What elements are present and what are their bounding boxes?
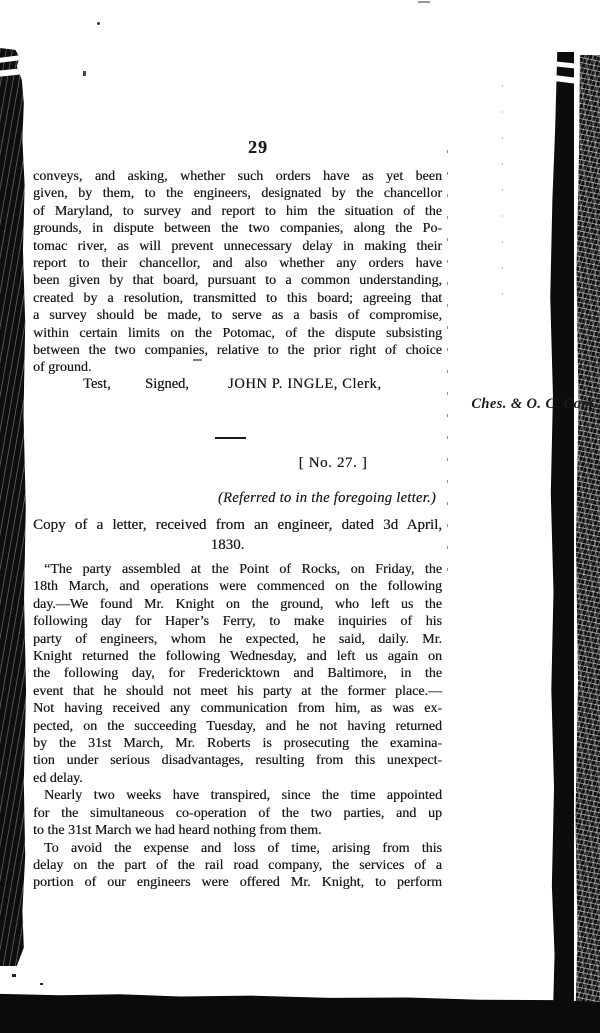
letter-heading: Copy of a letter, received from an engin…	[33, 516, 442, 555]
text-line: been given by that board, pursuant to a …	[33, 272, 442, 289]
section-divider-rule	[215, 437, 246, 439]
text-line: event that he should not meet his party …	[33, 683, 442, 700]
text-line: grounds, in dispute between the two comp…	[33, 220, 442, 237]
fold-dotted-line	[447, 150, 448, 580]
text-line: conveys, and asking, whether such orders…	[33, 168, 442, 185]
page-stack-gap	[0, 67, 33, 77]
text-line: following day for Haper’s Ferry, to make…	[33, 613, 442, 630]
text-line: Copy of a letter, received from an engin…	[33, 516, 442, 536]
text-line: within certain limits on the Potomac, of…	[33, 325, 442, 342]
text-line: between the two companies, relative to t…	[33, 342, 442, 359]
section-reference: (Referred to in the foregoing letter.)	[27, 490, 600, 507]
text-line: 1830.	[23, 536, 432, 556]
clerk-name: JOHN P. INGLE, Clerk,	[228, 376, 382, 393]
text-line: day.—We found Mr. Knight on the ground, …	[33, 596, 442, 613]
text-line: tomac river, as will prevent unnecessary…	[33, 238, 442, 255]
page-stack-gap	[543, 60, 579, 69]
bottom-scan-band	[0, 988, 600, 1033]
text-line: delay on the part of the rail road compa…	[33, 857, 442, 874]
text-line: tion under serious disadvantages, result…	[33, 752, 442, 769]
attestation-word: Test,	[83, 376, 111, 393]
page-stack-gap	[0, 54, 31, 63]
scan-speck	[40, 983, 43, 985]
text-line: of ground.	[33, 359, 442, 376]
text-line: a survey should be made, to serve as a b…	[33, 307, 442, 324]
text-line: of Maryland, to survey and report to him…	[33, 203, 442, 220]
binding-edge-right-textured	[575, 55, 600, 1033]
page-stack-gap	[543, 74, 581, 85]
text-line: to the 31st March we had heard nothing f…	[33, 822, 442, 839]
scan-speck	[83, 71, 86, 76]
section-number: [ No. 27. ]	[33, 455, 600, 472]
text-line: party of engineers, whom he expected, he…	[33, 631, 442, 648]
text-line: by the 31st March, Mr. Roberts is prosec…	[33, 735, 442, 752]
signed-word: Signed,	[145, 376, 189, 393]
company-attribution: Ches. & O. C. Com.	[33, 396, 600, 413]
text-line: pected, on the succeeding Tuesday, and h…	[33, 718, 442, 735]
scan-speck	[12, 974, 16, 977]
text-line: Knight returned the following Wednesday,…	[33, 648, 442, 665]
text-line: the following day, for Fredericktown and…	[33, 665, 442, 682]
binding-edge-right	[547, 52, 574, 1033]
text-line: To avoid the expense and loss of time, a…	[33, 840, 442, 857]
scan-speck	[418, 1, 430, 3]
body-paragraph: conveys, and asking, whether such orders…	[33, 168, 442, 377]
scanned-document-page: 29 conveys, and asking, whether such ord…	[0, 0, 600, 1033]
text-line: created by a resolution, transmitted to …	[33, 290, 442, 307]
text-line: Nearly two weeks have transpired, since …	[33, 787, 442, 804]
letter-body: “The party assembled at the Point of Roc…	[33, 561, 442, 892]
text-line: given, by them, to the engineers, design…	[33, 185, 442, 202]
text-line: ed delay.	[33, 770, 442, 787]
fold-dotted-line	[502, 85, 503, 315]
text-line: for the simultaneous co-operation of the…	[33, 805, 442, 822]
text-line: Not having received any communication fr…	[33, 700, 442, 717]
text-line: report to their chancellor, and also whe…	[33, 255, 442, 272]
text-line: portion of our engineers were offered Mr…	[33, 874, 442, 891]
scan-speck	[97, 22, 100, 25]
page-number: 29	[243, 137, 273, 158]
text-line: 18th March, and operations were commence…	[33, 578, 442, 595]
text-line: “The party assembled at the Point of Roc…	[33, 561, 442, 578]
binding-edge-left	[0, 48, 28, 966]
signature-row: Test, Signed, JOHN P. INGLE, Clerk,	[33, 376, 442, 394]
